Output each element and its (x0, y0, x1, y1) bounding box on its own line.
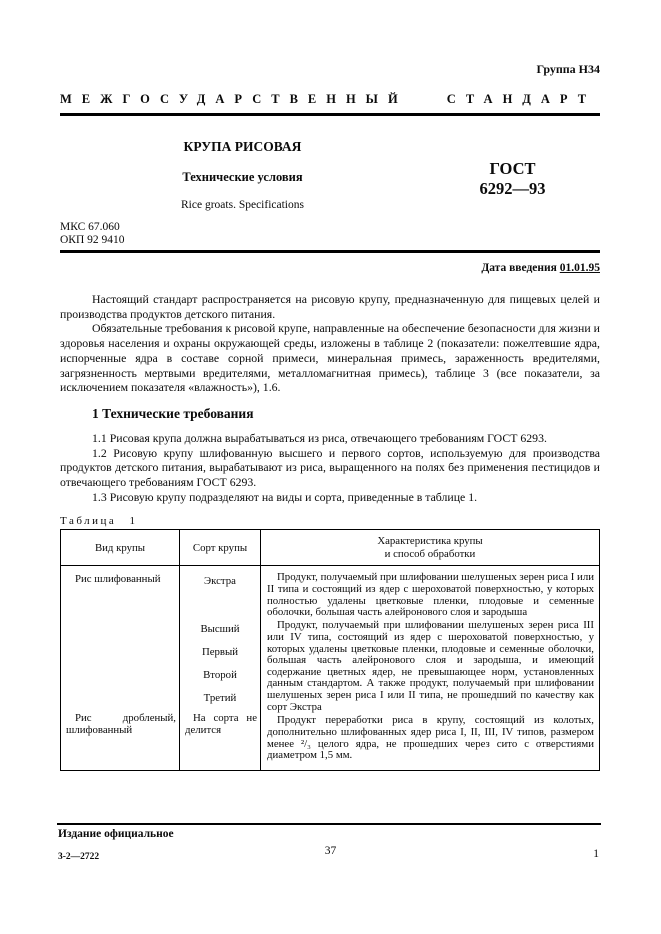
clause-1-2: 1.2 Рисовую крупу шлифованную высшего и … (60, 446, 600, 490)
intro-paragraph: Обязательные требования к рисовой крупе,… (60, 321, 600, 395)
type-crushed-rice: Рис дробленый, шлифованный (66, 713, 176, 736)
grade-third: Третий (180, 693, 260, 705)
gost-label: ГОСТ (425, 159, 600, 178)
type-polished-rice: Рис шлифованный (66, 574, 176, 586)
clause-1-1: 1.1 Рисовая крупа должна вырабатываться … (60, 431, 600, 446)
table-caption: Таблица 1 (60, 515, 600, 527)
horizontal-rule (60, 250, 600, 253)
title-left-column: КРУПА РИСОВАЯ Технические условия Rice g… (60, 140, 425, 211)
grade-extra: Экстра (180, 576, 260, 588)
gost-number: 6292—93 (425, 179, 600, 198)
description-grades: Продукт, получаемый при шлифовании шелуш… (267, 620, 594, 713)
cell-types: Рис шлифованный Рис дробленый, шлифованн… (61, 566, 180, 771)
edition-note: Издание официальное (58, 828, 174, 841)
document-subtitle: Технические условия (60, 171, 425, 184)
section-heading: 1 Технические требования (92, 406, 600, 422)
table-header-row: Вид крупы Сорт крупы Характеристика круп… (61, 530, 600, 566)
group-label: Группа Н34 (60, 62, 600, 76)
cell-grades: Экстра Высший Первый Второй Третий На со… (180, 566, 261, 771)
page-number: 37 (0, 845, 661, 857)
document-title-english: Rice groats. Specifications (60, 199, 425, 211)
page-content: Группа Н34 МЕЖГОСУДАРСТВЕННЫЙ СТАНДАРТ К… (60, 62, 600, 771)
header-kharakteristika: Характеристика крупы и способ обработки (261, 530, 600, 566)
date-label: Дата введения (481, 262, 557, 274)
classification-codes: МКС 67.060 ОКП 92 9410 (60, 221, 600, 246)
section-items: 1.1 Рисовая крупа должна вырабатываться … (60, 431, 600, 505)
description-crushed: Продукт переработки риса в крупу, состоя… (267, 715, 594, 761)
sheet-number: 1 (593, 848, 599, 860)
title-block: КРУПА РИСОВАЯ Технические условия Rice g… (60, 140, 600, 211)
standard-type-banner: МЕЖГОСУДАРСТВЕННЫЙ СТАНДАРТ (60, 91, 600, 116)
clause-1-3: 1.3 Рисовую крупу подразделяют на виды и… (60, 490, 600, 505)
description-extra: Продукт, получаемый при шлифовании шелуш… (267, 572, 594, 618)
grade-highest: Высший (180, 624, 260, 636)
grade-first: Первый (180, 647, 260, 659)
table-body-row: Рис шлифованный Рис дробленый, шлифованн… (61, 566, 600, 771)
intro-paragraph: Настоящий стандарт распространяется на р… (60, 292, 600, 321)
cell-descriptions: Продукт, получаемый при шлифовании шелуш… (261, 566, 600, 771)
grade-not-divided: На сорта не делится (185, 713, 257, 736)
header-sort-krupy: Сорт крупы (180, 530, 261, 566)
document-title: КРУПА РИСОВАЯ (60, 140, 425, 154)
document-page: Группа Н34 МЕЖГОСУДАРСТВЕННЫЙ СТАНДАРТ К… (0, 0, 661, 934)
mks-code: МКС 67.060 (60, 221, 600, 234)
effective-date-line: Дата введения 01.01.95 (60, 262, 600, 275)
footer-rule (57, 823, 601, 825)
table-1: Вид крупы Сорт крупы Характеристика круп… (60, 529, 600, 771)
okp-code: ОКП 92 9410 (60, 234, 600, 247)
gost-number-block: ГОСТ 6292—93 (425, 140, 600, 211)
date-value: 01.01.95 (560, 262, 600, 274)
grade-second: Второй (180, 670, 260, 682)
header-vid-krupy: Вид крупы (61, 530, 180, 566)
